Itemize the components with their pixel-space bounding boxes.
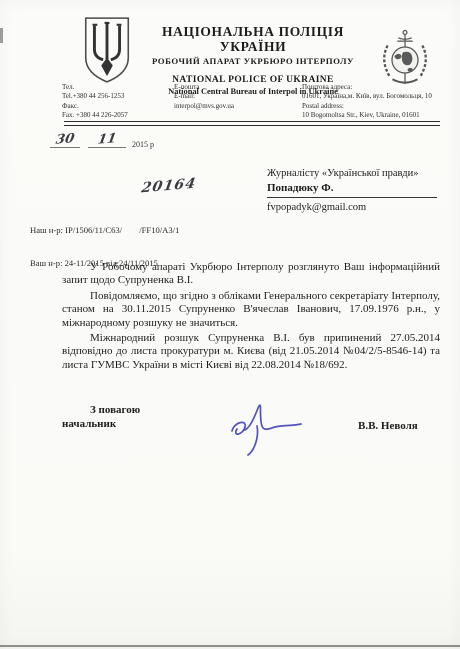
handwritten-registration-number: 20164: [142, 178, 196, 195]
fax-value: Fax. +380 44 226-2057: [62, 111, 174, 120]
handwritten-number-digits: 20164: [140, 176, 197, 197]
contact-info-row: Тел. Tel.+380 44 256-1253 Факс. Fax. +38…: [62, 83, 442, 120]
body-paragraph-1: У Робочому апараті Укрбюро Інтерполу роз…: [62, 261, 440, 288]
ukraine-trident-icon: [78, 15, 136, 85]
postal-value-en: 10 Bogomoltsa Str., Kiev, Ukraine, 01601: [302, 111, 442, 120]
scanned-letter-page: НАЦІОНАЛЬНА ПОЛІЦІЯ УКРАЇНИ РОБОЧИЙ АПАР…: [0, 0, 460, 649]
email-label-en: E-mail:: [174, 92, 302, 101]
signature-closing: З повагою: [62, 404, 202, 416]
handwritten-date-day: 30: [50, 131, 80, 148]
signer-name: В.В. Неволя: [358, 420, 418, 432]
date-year-suffix: 2015 р: [132, 140, 154, 149]
letterhead-divider-rule: [64, 121, 440, 126]
our-reference: Наш н-р: IP/1506/11/С63/ /FF10/А3/1: [30, 225, 179, 236]
handwritten-date-month: 11: [88, 131, 126, 148]
contact-phone-column: Тел. Tel.+380 44 256-1253 Факс. Fax. +38…: [62, 83, 174, 120]
phone-value: Tel.+380 44 256-1253: [62, 92, 174, 101]
postal-label-uk: Поштова адреса:: [302, 83, 442, 92]
contact-postal-column: Поштова адреса: 01601, Україна,м. Київ, …: [302, 83, 442, 120]
postal-label-en: Postal address:: [302, 102, 442, 111]
scan-edge-artifact: [0, 28, 3, 43]
postal-value-uk: 01601, Україна,м. Київ, вул. Богомольця,…: [302, 92, 442, 101]
letter-body: У Робочому апараті Укрбюро Інтерполу роз…: [62, 261, 440, 374]
contact-email-column: Е-пошта E-mail: interpol@mvs.gov.ua: [174, 83, 302, 120]
recipient-email: fvpopadyk@gmail.com: [267, 200, 437, 216]
org-unit-uk: РОБОЧИЙ АПАРАТ УКРБЮРО ІНТЕРПОЛУ: [133, 56, 373, 66]
org-name-uk: НАЦІОНАЛЬНА ПОЛІЦІЯ УКРАЇНИ: [133, 24, 373, 54]
interpol-emblem-icon: [378, 27, 432, 91]
blue-ink-signature: [224, 396, 316, 460]
body-paragraph-2: Повідомляємо, що згідно з обліками Генер…: [62, 290, 440, 330]
recipient-block: Журналісту «Української правди» Попадюку…: [267, 166, 437, 216]
page-bottom-edge: [0, 645, 460, 647]
email-label-uk: Е-пошта: [174, 83, 302, 92]
phone-label: Тел.: [62, 83, 174, 92]
handwritten-month-digits: 11: [97, 131, 118, 148]
body-paragraph-3: Міжнародний розшук Супруненка В.І. був п…: [62, 332, 440, 372]
recipient-role: Журналісту «Української правди»: [267, 166, 437, 181]
fax-label: Факс.: [62, 102, 174, 111]
recipient-name: Попадюку Ф.: [267, 181, 437, 198]
signer-title: начальник: [62, 418, 116, 430]
handwritten-day-digits: 30: [55, 131, 76, 148]
email-value: interpol@mvs.gov.ua: [174, 102, 302, 111]
